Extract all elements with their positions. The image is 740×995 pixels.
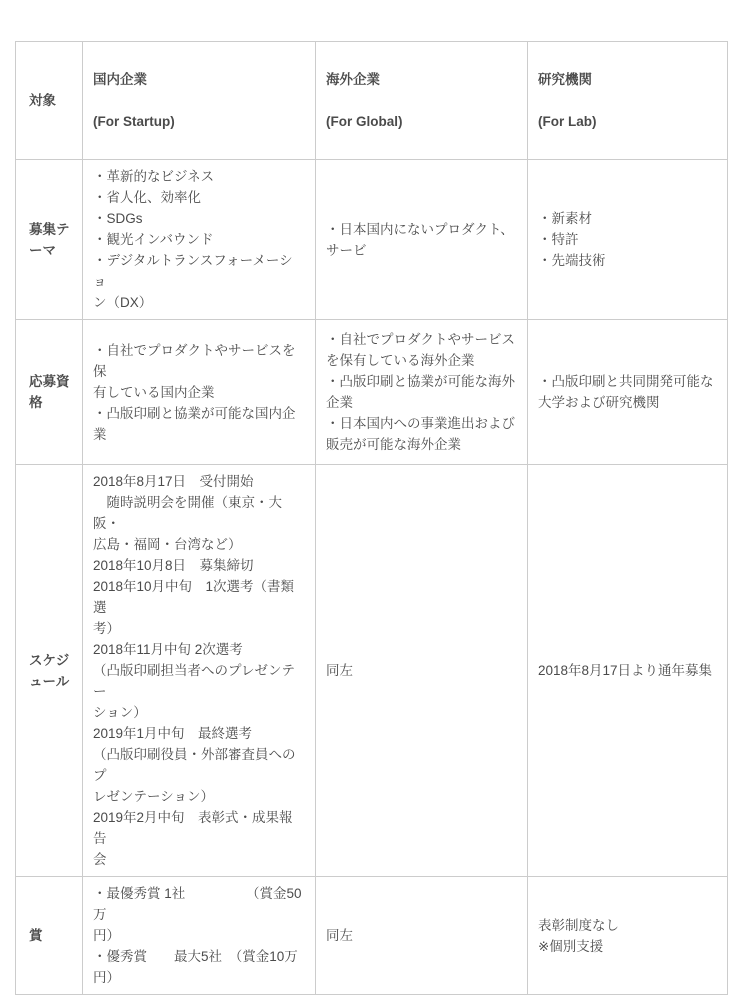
cell-schedule-startup: 2018年8月17日 受付開始 随時説明会を開催（東京・大阪・ 広島・福岡・台湾… xyxy=(83,465,316,877)
row-schedule: スケジ ュール 2018年8月17日 受付開始 随時説明会を開催（東京・大阪・ … xyxy=(16,465,728,877)
header-overseas-subtitle: (For Global) xyxy=(326,111,517,132)
header-domestic-subtitle: (For Startup) xyxy=(93,111,305,132)
cell-schedule-lab: 2018年8月17日より通年募集 xyxy=(528,465,728,877)
cell-theme-startup: ・革新的なビジネス ・省人化、効率化 ・SDGs ・観光インバウンド ・デジタル… xyxy=(83,160,316,320)
row-theme: 募集テ ーマ ・革新的なビジネス ・省人化、効率化 ・SDGs ・観光インバウン… xyxy=(16,160,728,320)
cell-qualification-lab: ・凸版印刷と共同開発可能な 大学および研究機関 xyxy=(528,320,728,465)
header-lab-title: 研究機関 xyxy=(538,69,717,90)
cell-qualification-global: ・自社でプロダクトやサービス を保有している海外企業 ・凸版印刷と協業が可能な海… xyxy=(316,320,528,465)
header-row: 対象 国内企業 (For Startup) 海外企業 (For Global) … xyxy=(16,42,728,160)
header-overseas: 海外企業 (For Global) xyxy=(316,42,528,160)
header-domestic: 国内企業 (For Startup) xyxy=(83,42,316,160)
cell-schedule-global: 同左 xyxy=(316,465,528,877)
header-lab-subtitle: (For Lab) xyxy=(538,111,717,132)
header-target: 対象 xyxy=(16,42,83,160)
header-domestic-title: 国内企業 xyxy=(93,69,305,90)
cell-theme-lab: ・新素材 ・特許 ・先端技術 xyxy=(528,160,728,320)
cell-award-startup: ・最優秀賞 1社 （賞金50万 円） ・優秀賞 最大5社 （賞金10万 円） xyxy=(83,877,316,995)
page: 対象 国内企業 (For Startup) 海外企業 (For Global) … xyxy=(0,41,740,869)
cell-award-lab: 表彰制度なし ※個別支援 xyxy=(528,877,728,995)
row-schedule-label: スケジ ュール xyxy=(16,465,83,877)
cell-qualification-startup: ・自社でプロダクトやサービスを保 有している国内企業 ・凸版印刷と協業が可能な国… xyxy=(83,320,316,465)
header-overseas-title: 海外企業 xyxy=(326,69,517,90)
row-award-label: 賞 xyxy=(16,877,83,995)
row-theme-label: 募集テ ーマ xyxy=(16,160,83,320)
cell-award-global: 同左 xyxy=(316,877,528,995)
row-qualification-label: 応募資 格 xyxy=(16,320,83,465)
row-qualification: 応募資 格 ・自社でプロダクトやサービスを保 有している国内企業 ・凸版印刷と協… xyxy=(16,320,728,465)
row-award: 賞 ・最優秀賞 1社 （賞金50万 円） ・優秀賞 最大5社 （賞金10万 円）… xyxy=(16,877,728,995)
header-lab: 研究機関 (For Lab) xyxy=(528,42,728,160)
comparison-table: 対象 国内企業 (For Startup) 海外企業 (For Global) … xyxy=(15,41,728,995)
cell-theme-global: ・日本国内にないプロダクト、 サービ xyxy=(316,160,528,320)
